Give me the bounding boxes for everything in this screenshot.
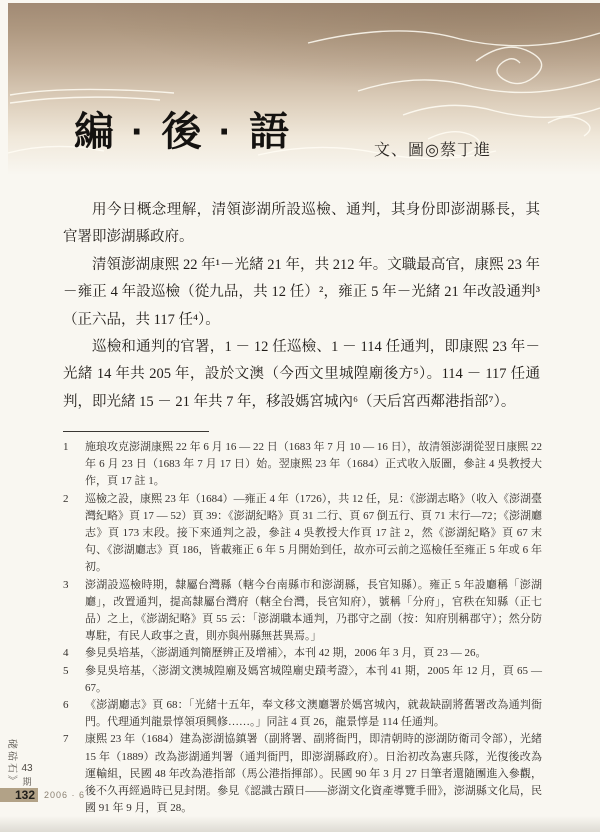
footnote-text: 巡檢之設，康熙 23 年（1684）—雍正 4 年（1726），共 12 任，見… [85, 491, 542, 577]
footnote-number: 2 [63, 491, 85, 508]
footnote-item: 2 巡檢之設，康熙 23 年（1684）—雍正 4 年（1726），共 12 任… [63, 491, 542, 577]
footnote-separator [63, 431, 209, 432]
footnotes-section: 1 施琅攻克澎湖康熙 22 年 6 月 16 — 22 日（1683 年 7 月… [63, 431, 542, 817]
article-body: 用今日概念理解，清領澎湖所設巡檢、通判，其身份即澎湖縣長，其官署即澎湖縣政府。 … [63, 197, 540, 416]
footnote-item: 3 澎湖設巡檢時期，隸屬台灣縣（轄今台南縣市和澎湖縣，長官知縣）。雍正 5 年設… [63, 577, 542, 646]
footnote-text: 施琅攻克澎湖康熙 22 年 6 月 16 — 22 日（1683 年 7 月 1… [85, 439, 542, 491]
footnote-item: 1 施琅攻克澎湖康熙 22 年 6 月 16 — 22 日（1683 年 7 月… [63, 439, 542, 491]
footnote-item: 4 參見吳培基，〈澎湖通判簡歷辨正及增補〉，本刊 42 期，2006 年 3 月… [63, 645, 542, 662]
footnote-text: 參見吳培基，〈澎湖通判簡歷辨正及增補〉，本刊 42 期，2006 年 3 月，頁… [85, 645, 542, 662]
body-paragraph: 用今日概念理解，清領澎湖所設巡檢、通判，其身份即澎湖縣長，其官署即澎湖縣政府。 [63, 197, 540, 252]
page-number-badge: 132 [0, 788, 38, 802]
footnote-item: 6 《澎湖廳志》頁 68：「光緒十五年，奉文移文澳廳署於媽宮城內，就裁缺副將舊署… [63, 697, 542, 731]
footnote-number: 3 [63, 577, 85, 594]
page-bottom-shadow [0, 816, 600, 832]
body-paragraph: 巡檢和通判的官署，1 － 12 任巡檢、1 － 114 任通判，即康熙 23 年… [63, 334, 540, 416]
footnote-text: 《澎湖廳志》頁 68：「光緒十五年，奉文移文澳廳署於媽宮城內，就裁缺副將舊署改為… [85, 697, 542, 731]
footnote-text: 澎湖設巡檢時期，隸屬台灣縣（轄今台南縣市和澎湖縣，長官知縣）。雍正 5 年設廳稱… [85, 577, 542, 646]
footnote-text: 康熙 23 年（1684）建為澎湖協鎮署（副將署、副將衙門，即清朝時的澎湖防衛司… [85, 731, 542, 817]
footnote-number: 4 [63, 645, 85, 662]
issue-label: 期 [14, 775, 40, 788]
footnote-number: 6 [63, 697, 85, 714]
footnote-text: 參見吳培基，〈澎湖文澳城隍廟及媽宮城隍廟史蹟考證〉，本刊 41 期，2005 年… [85, 663, 542, 697]
issue-date: 2006 · 6 [44, 790, 85, 800]
footnote-item: 5 參見吳培基，〈澎湖文澳城隍廟及媽宮城隍廟史蹟考證〉，本刊 41 期，2005… [63, 663, 542, 697]
issue-number: 43 [14, 763, 40, 774]
author-byline: 文、圖◎蔡丁進 [374, 137, 491, 160]
footnote-number: 1 [63, 439, 85, 456]
page-title: 編 · 後 · 語 [74, 100, 292, 157]
footnote-number: 5 [63, 663, 85, 680]
body-paragraph: 清領澎湖康熙 22 年¹－光緒 21 年，共 212 年。文職最高官，康熙 23… [63, 252, 540, 334]
footnote-number: 7 [63, 731, 85, 748]
footnote-item: 7 康熙 23 年（1684）建為澎湖協鎮署（副將署、副將衙門，即清朝時的澎湖防… [63, 731, 542, 817]
